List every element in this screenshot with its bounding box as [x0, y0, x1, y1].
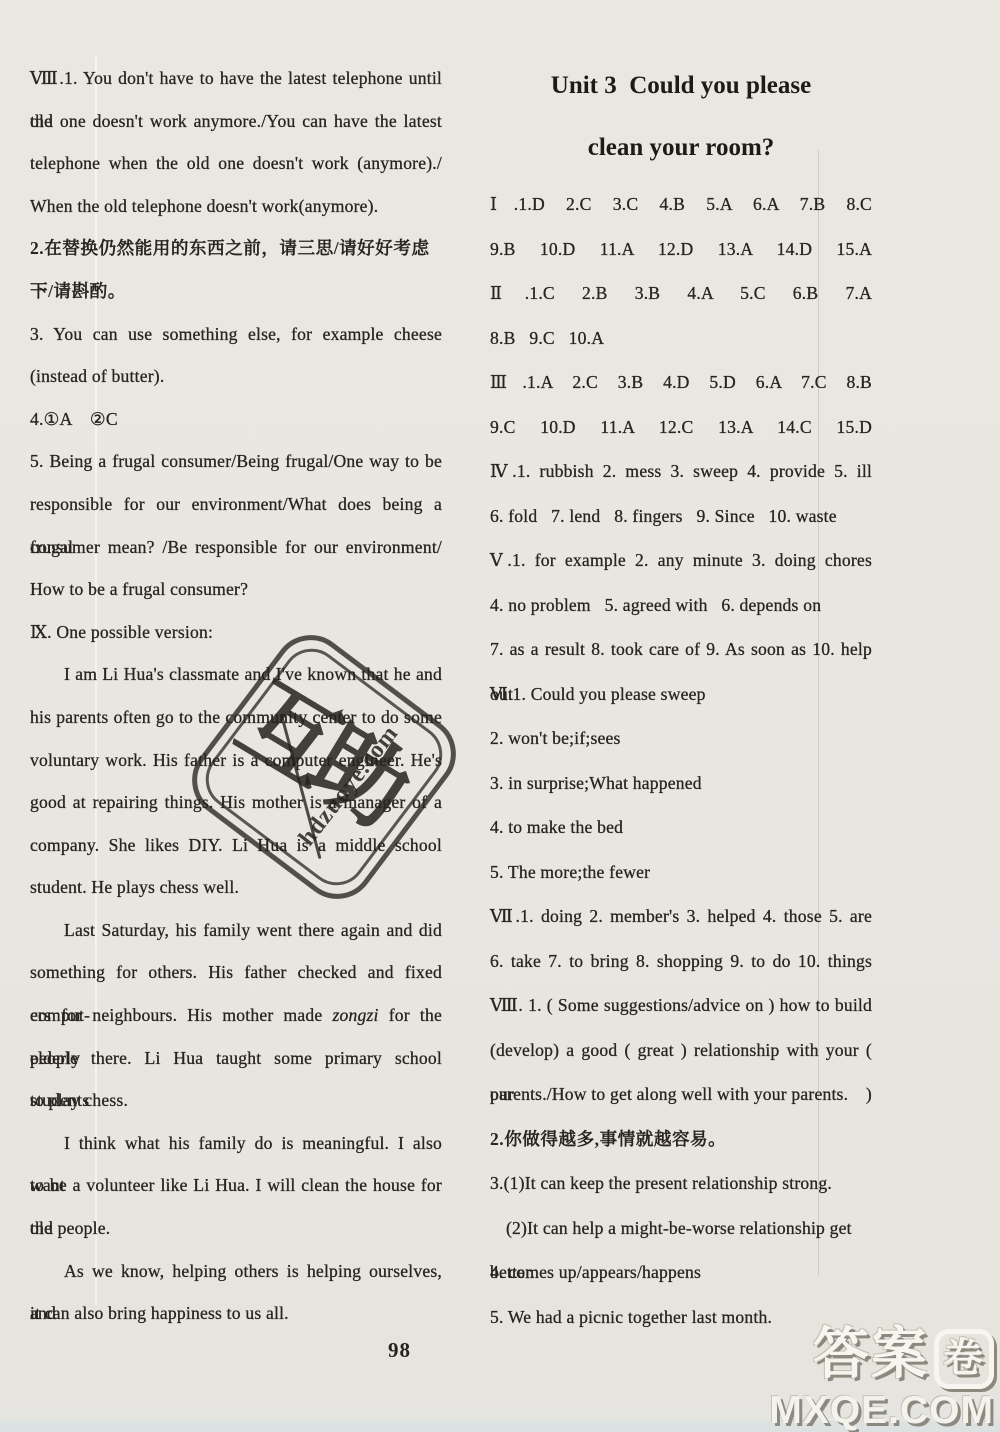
text-line: (2)It can help a might-be-worse relation… — [490, 1206, 872, 1251]
text-line: voluntary work. His father is a computer… — [30, 739, 442, 782]
text-line: Ⅲ.1.A 2.C 3.B 4.D 5.D 6.A 7.C 8.B — [490, 360, 872, 405]
text-line: 4. no problem 5. agreed with 6. depends … — [490, 583, 872, 628]
text-line: 5. The more;the fewer — [490, 850, 872, 895]
text-line: Ⅰ.1.D 2.C 3.C 4.B 5.A 6.A 7.B 8.C — [490, 182, 872, 227]
text-line: 6. fold 7. lend 8. fingers 9. Since 10. … — [490, 494, 872, 539]
text-line: How to be a frugal consumer? — [30, 568, 442, 611]
text-line: Ⅱ.1.C 2.B 3.B 4.A 5.C 6.B 7.A — [490, 271, 872, 316]
text-line: it can also bring happiness to us all. — [30, 1292, 442, 1335]
scanned-answer-page: Ⅷ.1. You don't have to have the latest t… — [0, 0, 1000, 1432]
text-line: something for others. His father checked… — [30, 951, 442, 994]
text-line: parents./How to get along well with your… — [490, 1072, 872, 1117]
unit-title-line-1: Unit 3 Could you please — [490, 58, 872, 114]
page-number: 98 — [388, 1338, 411, 1363]
text-line: 4. to make the bed — [490, 805, 872, 850]
text-line: 2.在替换仍然能用的东西之前，请三思/请好好考虑一 — [30, 227, 442, 270]
text-line: (develop) a good ( great ) relationship … — [490, 1028, 872, 1073]
text-line: 3.(1)It can keep the present relationshi… — [490, 1161, 872, 1206]
text-line: 4. comes up/appears/happens — [490, 1250, 872, 1295]
text-line: As we know, helping others is helping ou… — [30, 1250, 442, 1293]
text-line: Ⅷ.1. You don't have to have the latest t… — [30, 57, 442, 100]
text-line: good at repairing things. His mother is … — [30, 781, 442, 824]
unit-title-line-2: clean your room? — [490, 120, 872, 176]
text-line: responsible for our environment/What doe… — [30, 483, 442, 526]
text-line: Ⅸ. One possible version: — [30, 611, 442, 654]
text-line: 5. Being a frugal consumer/Being frugal/… — [30, 440, 442, 483]
text-line: 4.①A ②C — [30, 398, 442, 441]
scan-bottom-edge — [0, 1421, 1000, 1432]
text-line: 下/请斟酌。 — [30, 270, 442, 313]
right-answer-lines: Ⅰ.1.D 2.C 3.C 4.B 5.A 6.A 7.B 8.C9.B 10.… — [490, 182, 872, 1339]
text-line: 9.C 10.D 11.A 12.C 13.A 14.C 15.D — [490, 405, 872, 450]
text-line: consumer mean? /Be responsible for our e… — [30, 526, 442, 569]
text-line: 2.你做得越多,事情就越容易。 — [490, 1117, 872, 1162]
text-line: 3. in surprise;What happened — [490, 761, 872, 806]
text-line: people there. Li Hua taught some primary… — [30, 1037, 442, 1080]
text-line: 9.B 10.D 11.A 12.D 13.A 14.D 15.A — [490, 227, 872, 272]
text-line: 6. take 7. to bring 8. shopping 9. to do… — [490, 939, 872, 984]
text-line: Ⅵ.1. Could you please sweep — [490, 672, 872, 717]
site-logo-watermark: 答案卷 MXQE.COM — [769, 1326, 994, 1432]
text-line: old one doesn't work anymore./You can ha… — [30, 100, 442, 143]
text-line: (instead of butter). — [30, 355, 442, 398]
text-line: to be a volunteer like Li Hua. I will cl… — [30, 1164, 442, 1207]
text-line: 5. We had a picnic together last month. — [490, 1295, 872, 1340]
text-line: company. She likes DIY. Li Hua is a midd… — [30, 824, 442, 867]
text-line: Ⅳ.1. rubbish 2. mess 3. sweep 4. provide… — [490, 449, 872, 494]
logo-circle-character: 卷 — [934, 1329, 994, 1389]
text-line: Ⅶ.1. doing 2. member's 3. helped 4. thos… — [490, 894, 872, 939]
text-line: 3. You can use something else, for examp… — [30, 313, 442, 356]
text-line: to play chess. — [30, 1079, 442, 1122]
text-line: ers for neighbours. His mother made zong… — [30, 994, 442, 1037]
text-line: Ⅴ.1. for example 2. any minute 3. doing … — [490, 538, 872, 583]
text-line: 7. as a result 8. took care of 9. As soo… — [490, 627, 872, 672]
text-line: I think what his family do is meaningful… — [30, 1122, 442, 1165]
text-line: telephone when the old one doesn't work … — [30, 142, 442, 185]
left-column: Ⅷ.1. You don't have to have the latest t… — [30, 57, 442, 1335]
text-line: student. He plays chess well. — [30, 866, 442, 909]
right-column: Unit 3 Could you please clean your room?… — [490, 58, 872, 1339]
text-line: Last Saturday, his family went there aga… — [30, 909, 442, 952]
text-line: his parents often go to the community ce… — [30, 696, 442, 739]
text-line: old people. — [30, 1207, 442, 1250]
text-line: Ⅷ. 1. ( Some suggestions/advice on ) how… — [490, 983, 872, 1028]
text-line: I am Li Hua's classmate and I've known t… — [30, 653, 442, 696]
text-line: 2. won't be;if;sees — [490, 716, 872, 761]
text-line: 8.B 9.C 10.A — [490, 316, 872, 361]
text-line: When the old telephone doesn't work(anym… — [30, 185, 442, 228]
